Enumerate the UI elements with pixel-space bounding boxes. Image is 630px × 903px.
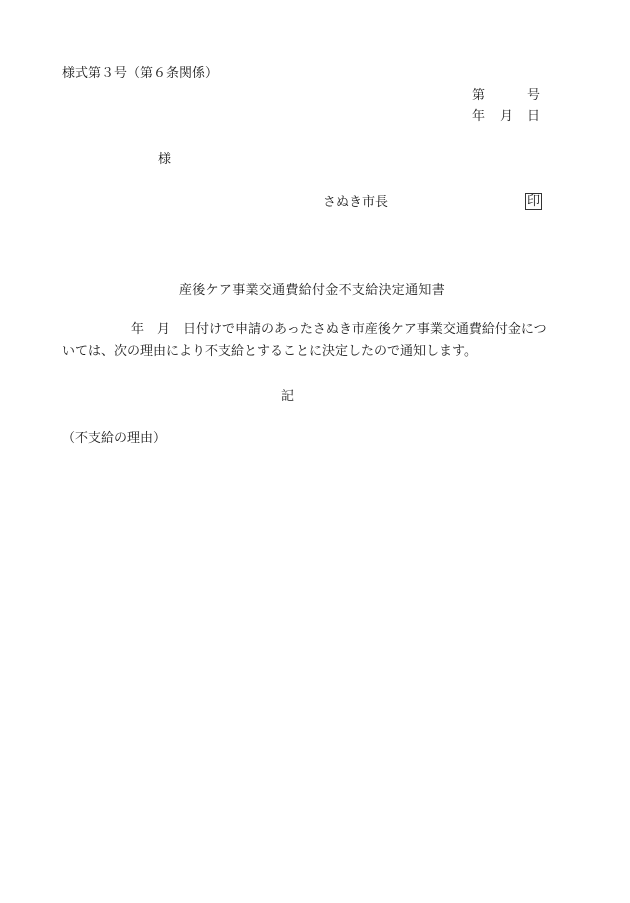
addressee-honorific: 様 [158, 152, 171, 168]
body-month-label: 月 [157, 322, 170, 337]
date-month-label: 月 [500, 109, 513, 125]
reference-number-suffix: 号 [527, 88, 540, 104]
body-text-line-1: 年月日付けで申請のあったさぬき市産後ケア事業交通費給付金につ [131, 322, 547, 338]
date-year-label: 年 [472, 109, 485, 125]
document-page: 様式第３号（第６条関係） 第 号 年 月 日 様 さぬき市長 印 産後ケア事業交… [0, 0, 630, 903]
document-title: 産後ケア事業交通費給付金不支給決定通知書 [179, 283, 445, 299]
date-day-label: 日 [527, 109, 540, 125]
reason-heading: （不支給の理由） [62, 431, 166, 447]
body-line1-rest: 日付けで申請のあったさぬき市産後ケア事業交通費給付金につ [183, 322, 547, 337]
reference-number-prefix: 第 [472, 88, 485, 104]
ki-heading: 記 [281, 389, 294, 405]
body-year-label: 年 [131, 322, 144, 337]
body-text-line-2: いては、次の理由により不支給とすることに決定したので通知します。 [62, 344, 477, 360]
form-number: 様式第３号（第６条関係） [62, 66, 218, 82]
seal-stamp-icon: 印 [525, 193, 542, 210]
sender-mayor: さぬき市長 [323, 195, 388, 211]
